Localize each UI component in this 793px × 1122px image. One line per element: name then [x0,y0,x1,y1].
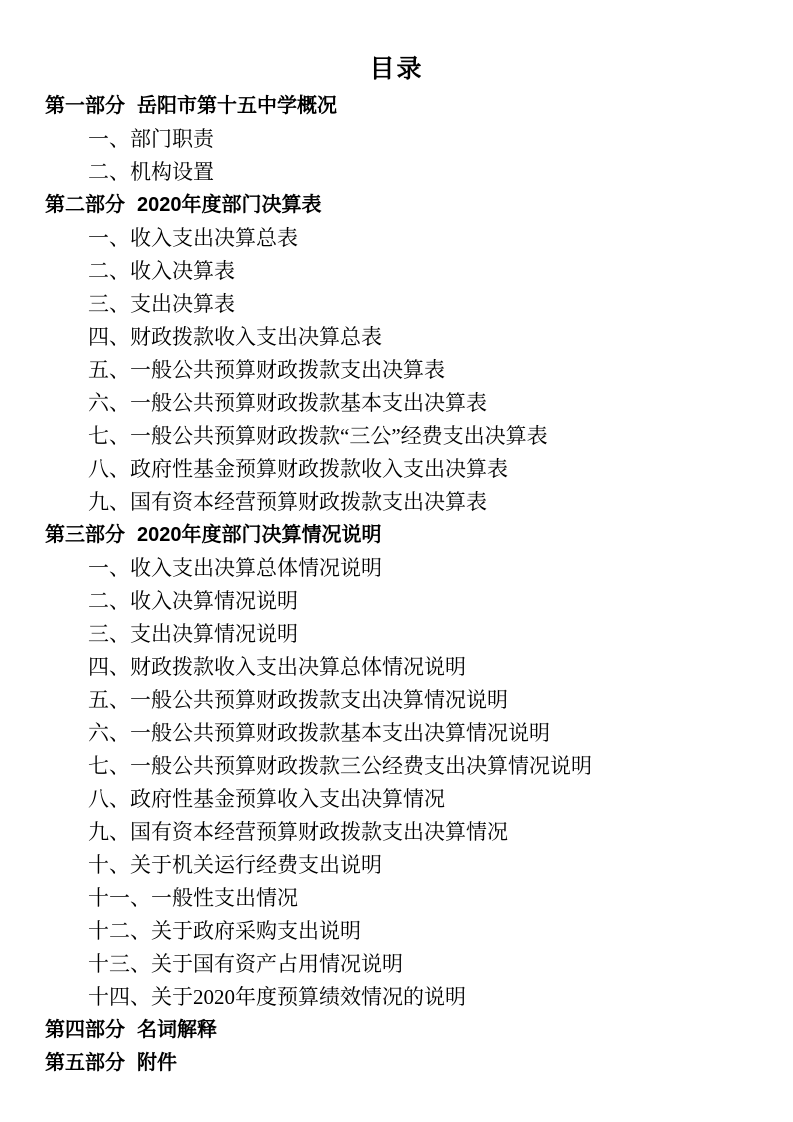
toc-item: 二、收入决算表 [45,255,763,288]
toc-item: 三、支出决算表 [45,288,763,321]
section-header-3: 第三部分2020年度部门决算情况说明 [45,519,763,552]
toc-item: 八、政府性基金预算收入支出决算情况 [45,783,763,816]
section-title: 2020年度部门决算情况说明 [137,524,382,546]
document-page: 目录 第一部分岳阳市第十五中学概况 一、部门职责 二、机构设置 第二部分2020… [0,0,793,1122]
toc-item: 四、财政拨款收入支出决算总体情况说明 [45,651,763,684]
toc-item: 二、机构设置 [45,156,763,189]
section-header-2: 第二部分2020年度部门决算表 [45,189,763,222]
section-label: 第一部分 [45,95,125,117]
toc-item: 十、关于机关运行经费支出说明 [45,849,763,882]
section-title: 名词解释 [137,1019,217,1041]
toc-item: 一、部门职责 [45,123,763,156]
table-of-contents: 第一部分岳阳市第十五中学概况 一、部门职责 二、机构设置 第二部分2020年度部… [0,86,793,1080]
section-label: 第二部分 [45,194,125,216]
section-header-4: 第四部分名词解释 [45,1014,763,1047]
section-label: 第四部分 [45,1019,125,1041]
section-header-1: 第一部分岳阳市第十五中学概况 [45,90,763,123]
toc-item: 九、国有资本经营预算财政拨款支出决算情况 [45,816,763,849]
section-label: 第五部分 [45,1052,125,1074]
toc-item: 七、一般公共预算财政拨款“三公”经费支出决算表 [45,420,763,453]
toc-item: 九、国有资本经营预算财政拨款支出决算表 [45,486,763,519]
section-title: 附件 [137,1052,177,1074]
toc-item: 一、收入支出决算总表 [45,222,763,255]
section-title: 2020年度部门决算表 [137,194,322,216]
toc-item: 五、一般公共预算财政拨款支出决算表 [45,354,763,387]
toc-item: 六、一般公共预算财政拨款基本支出决算情况说明 [45,717,763,750]
toc-item: 四、财政拨款收入支出决算总表 [45,321,763,354]
toc-item: 三、支出决算情况说明 [45,618,763,651]
toc-item: 二、收入决算情况说明 [45,585,763,618]
section-title: 岳阳市第十五中学概况 [137,95,337,117]
toc-item: 十四、关于2020年度预算绩效情况的说明 [45,981,763,1014]
section-header-5: 第五部分附件 [45,1047,763,1080]
toc-item: 六、一般公共预算财政拨款基本支出决算表 [45,387,763,420]
page-title: 目录 [0,0,793,86]
section-label: 第三部分 [45,524,125,546]
toc-item: 十三、关于国有资产占用情况说明 [45,948,763,981]
toc-item: 一、收入支出决算总体情况说明 [45,552,763,585]
toc-item: 十二、关于政府采购支出说明 [45,915,763,948]
toc-item: 五、一般公共预算财政拨款支出决算情况说明 [45,684,763,717]
toc-item: 七、一般公共预算财政拨款三公经费支出决算情况说明 [45,750,763,783]
toc-item: 八、政府性基金预算财政拨款收入支出决算表 [45,453,763,486]
toc-item: 十一、一般性支出情况 [45,882,763,915]
